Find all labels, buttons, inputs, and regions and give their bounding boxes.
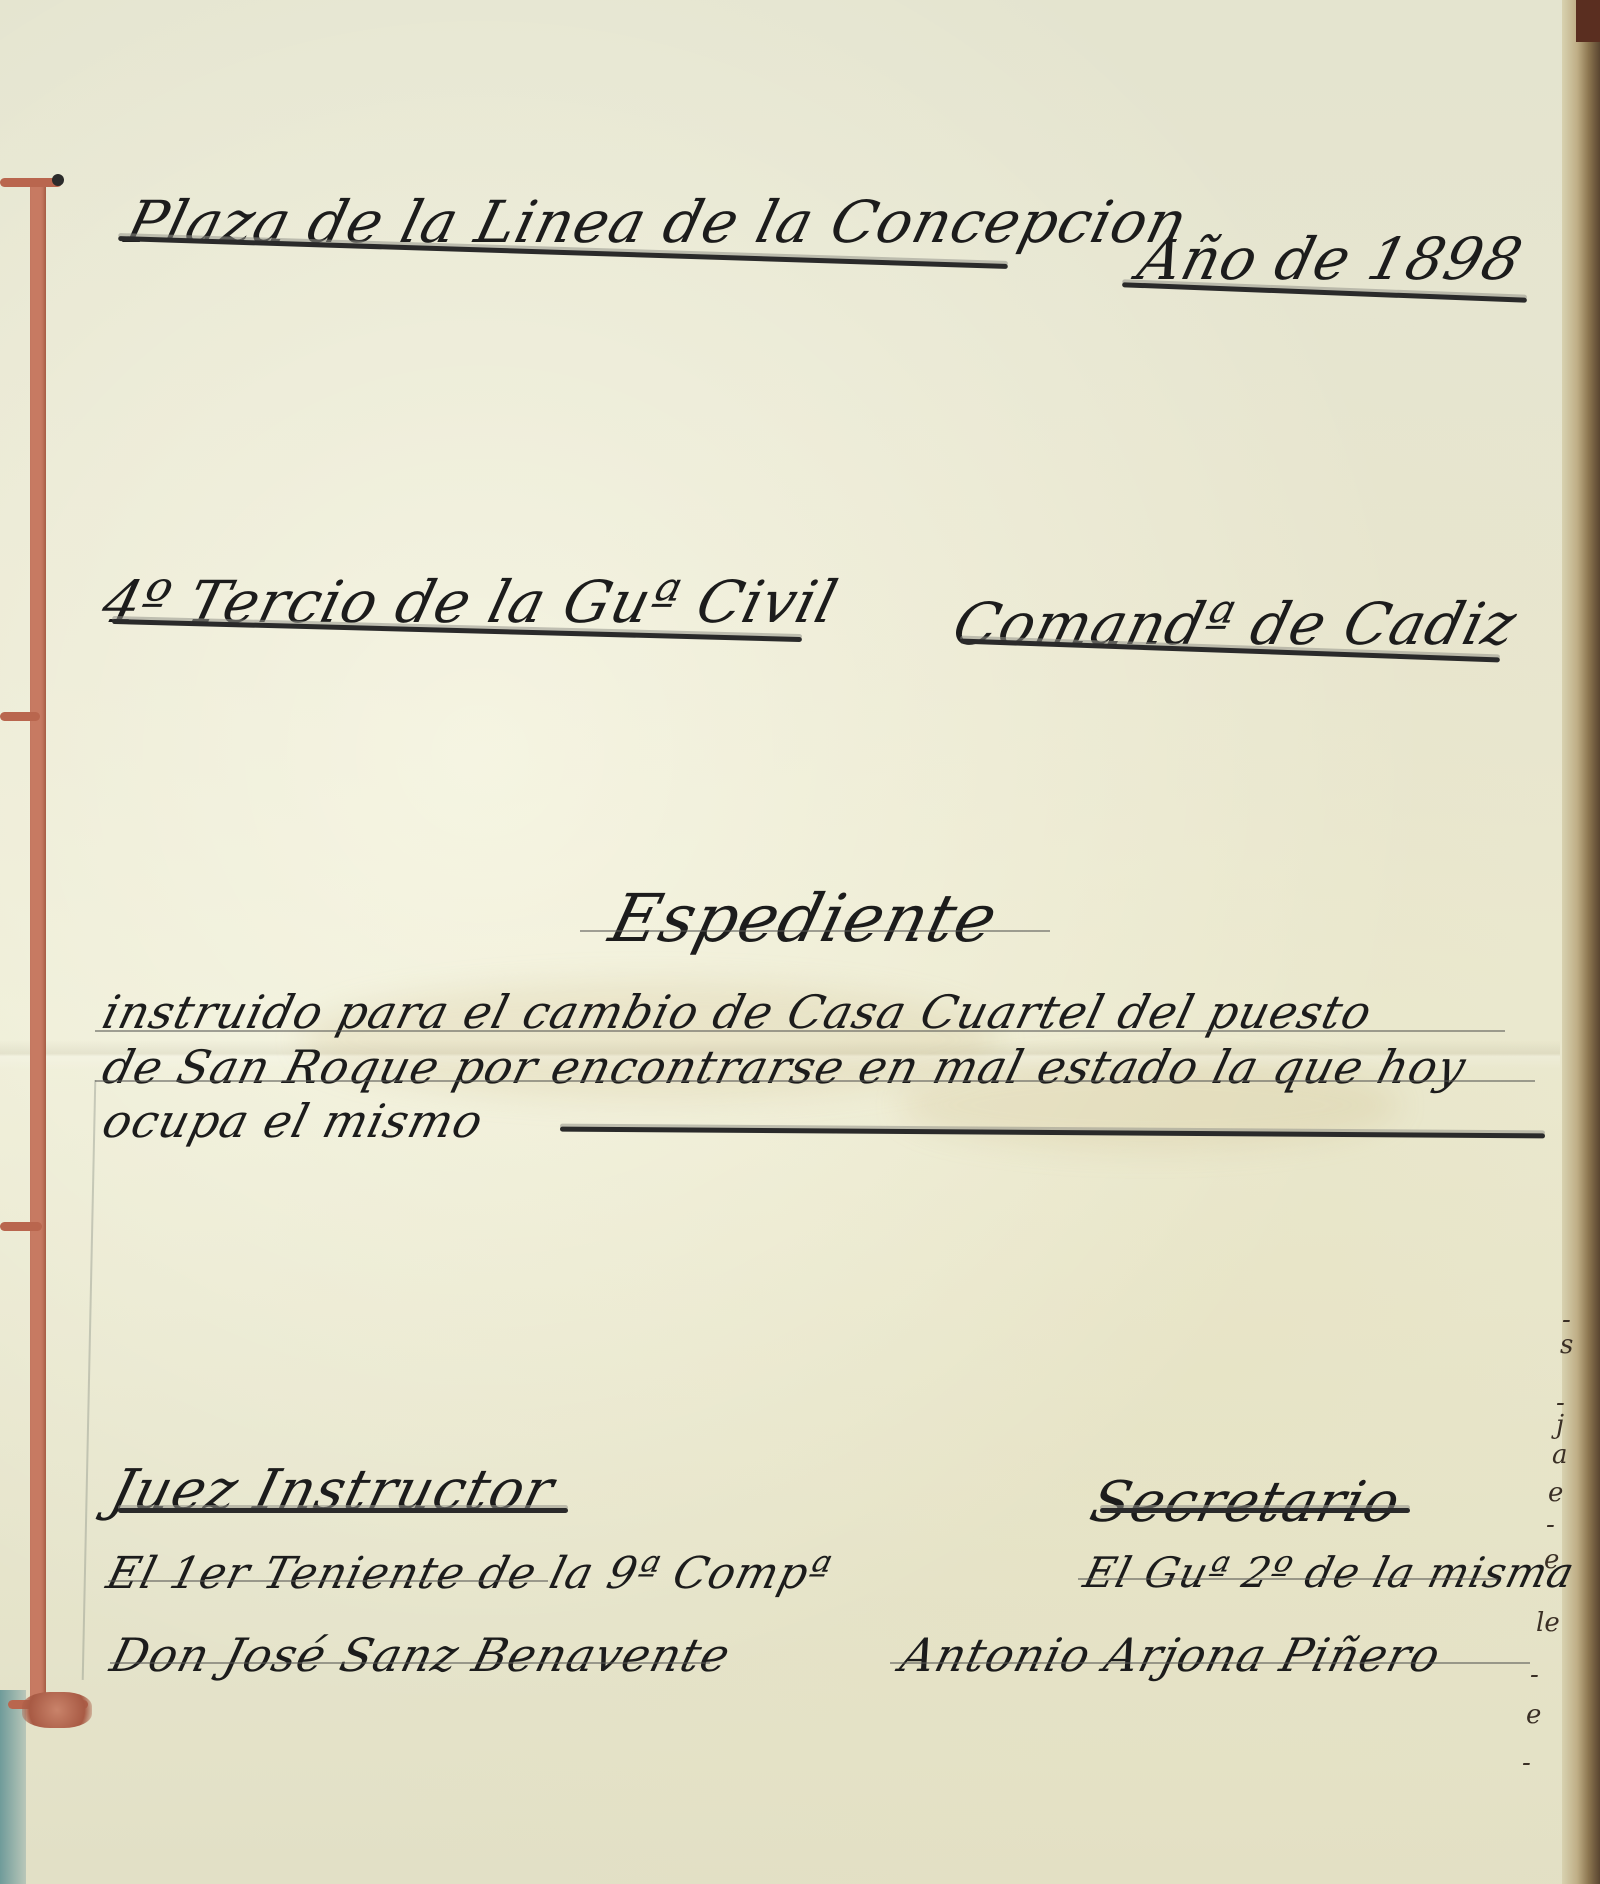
- secretary-name: Antonio Arjona Piñero: [895, 1628, 1446, 1682]
- secretary-name-rule: [890, 1662, 1530, 1664]
- judge-role: Juez Instructor: [104, 1458, 561, 1523]
- binding-hole: [52, 174, 64, 186]
- judge-role-underline: [118, 1508, 568, 1513]
- margin-fragment: -: [1530, 1660, 1539, 1690]
- binding-cord-knot: [22, 1692, 92, 1728]
- judge-rank-rule: [108, 1580, 548, 1582]
- margin-fragment: -: [1546, 1510, 1555, 1540]
- margin-fragment: le: [1536, 1608, 1560, 1638]
- pencil-margin-rule: [82, 1080, 97, 1680]
- secretary-rank-rule: [1078, 1578, 1498, 1580]
- margin-fragment: e: [1544, 1545, 1559, 1575]
- judge-rank: El 1er Teniente de la 9ª Compª: [102, 1548, 837, 1599]
- document-title: Espediente: [602, 880, 1005, 957]
- title-rule: [580, 930, 1050, 932]
- description-line-2: de San Roque por encontrarse en mal esta…: [97, 1040, 1472, 1094]
- secretary-role-underline: [1100, 1508, 1410, 1513]
- description-rule: [95, 1030, 1505, 1032]
- binding-cord: [30, 178, 46, 1718]
- background-surface: [0, 1690, 26, 1884]
- description-rule: [95, 1080, 1535, 1082]
- year-heading: Año de 1898: [1132, 225, 1530, 293]
- margin-fragment: e: [1526, 1700, 1541, 1730]
- binding-cord-stitch: [0, 1222, 42, 1231]
- secretary-rank: El Guª 2º de la misma: [1079, 1548, 1580, 1597]
- margin-fragment: j: [1556, 1410, 1564, 1440]
- binding-cord-stitch: [0, 712, 40, 721]
- document-page: Plaza de la Linea de la Concepcion Año d…: [0, 0, 1600, 1884]
- margin-fragment: -: [1522, 1748, 1531, 1778]
- description-line-3: ocupa el mismo: [97, 1094, 489, 1148]
- judge-name: Don José Sanz Benavente: [105, 1628, 736, 1682]
- margin-fragment: s: [1560, 1330, 1573, 1360]
- margin-fragment: a: [1552, 1440, 1568, 1470]
- secretary-role: Secretario: [1084, 1470, 1407, 1535]
- page-edge: [1562, 0, 1600, 1884]
- judge-name-rule: [110, 1662, 710, 1664]
- margin-fragment: e: [1548, 1478, 1563, 1508]
- page-edge-dark: [1576, 0, 1600, 42]
